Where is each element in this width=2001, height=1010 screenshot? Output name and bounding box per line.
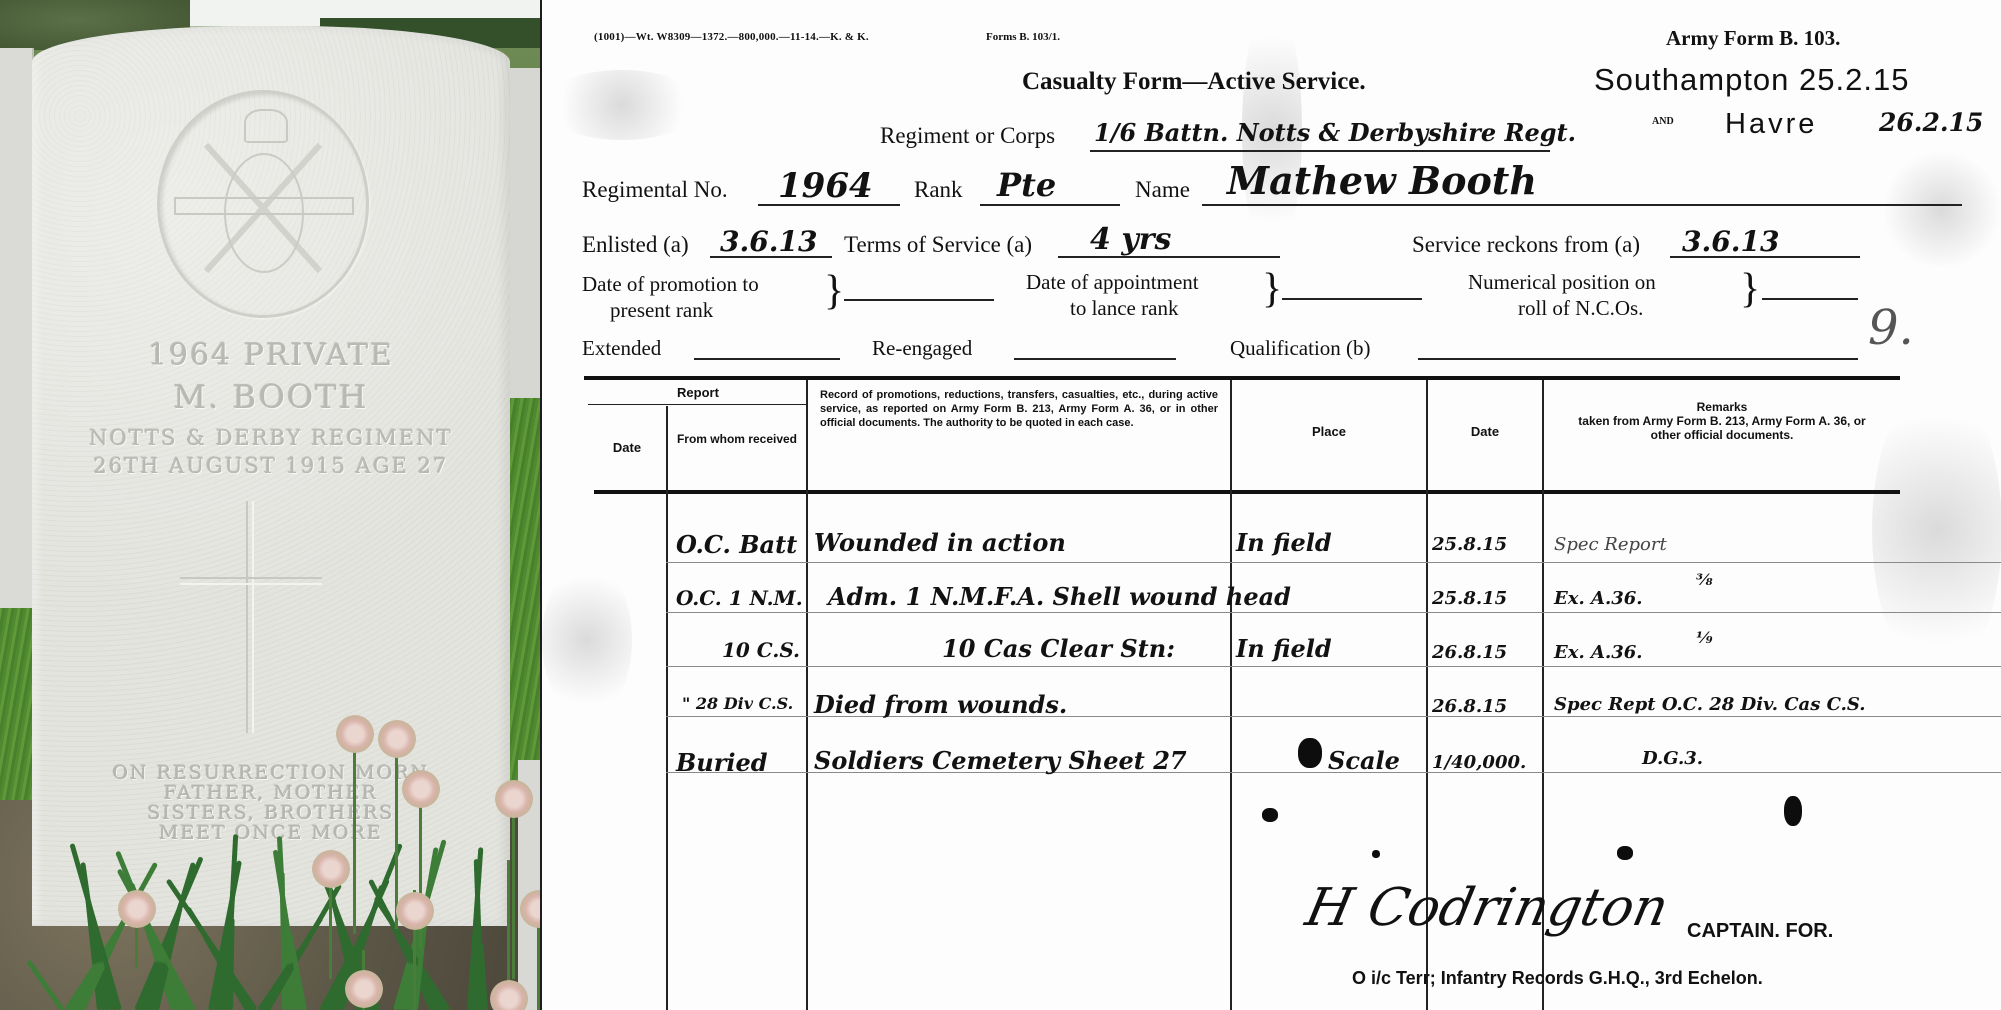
- rank-label: Rank: [914, 177, 963, 203]
- date-cell: 26.8.15: [1432, 696, 1507, 717]
- from-cell: 10 C.S.: [722, 638, 800, 662]
- crown-icon: [244, 109, 288, 143]
- date-header: Date: [588, 440, 666, 455]
- reengaged-label: Re-engaged: [872, 336, 972, 361]
- brace: }: [1262, 268, 1282, 310]
- regimental-no-label: Regimental No.: [582, 177, 728, 203]
- record-cell: Soldiers Cemetery Sheet 27: [814, 746, 1187, 775]
- remarks-fraction: ³⁄₈: [1696, 570, 1713, 589]
- promotion-label-2: present rank: [610, 298, 713, 323]
- remarks-cell: Spec Rept O.C. 28 Div. Cas C.S.: [1554, 694, 1866, 715]
- ncos-label-2: roll of N.C.Os.: [1518, 296, 1643, 321]
- place-cell: In field: [1236, 528, 1332, 557]
- remarks-cell: Ex. A.36.: [1554, 588, 1643, 609]
- place-cell: In field: [1236, 634, 1332, 663]
- record-cell: Adm. 1 N.M.F.A. Shell wound head: [828, 582, 1291, 611]
- enlisted-value: 3.6.13: [720, 225, 817, 258]
- headstone-photo: 1964 PRIVATE M. BOOTH NOTTS & DERBY REGI…: [0, 0, 540, 1010]
- date-of-death: 26TH AUGUST 1915 AGE 27: [32, 454, 510, 478]
- qualification-label: Qualification (b): [1230, 336, 1371, 361]
- margin-mark: 9.: [1868, 300, 1914, 356]
- record-cell: Died from wounds.: [814, 690, 1067, 719]
- report-header: Report: [592, 385, 804, 400]
- promotion-label: Date of promotion to: [582, 272, 759, 297]
- regiment-label: Regiment or Corps: [880, 123, 1055, 149]
- form-reference: Forms B. 103/1.: [986, 31, 1060, 43]
- soldier-name: M. BOOTH: [32, 378, 510, 416]
- terms-label: Terms of Service (a): [844, 232, 1032, 258]
- army-form-number: Army Form B. 103.: [1666, 26, 1840, 51]
- place-header: Place: [1232, 424, 1426, 439]
- date-cell: 25.8.15: [1432, 588, 1507, 609]
- remarks-fraction: ¹⁄₉: [1696, 628, 1713, 647]
- date-cell: 1/40,000.: [1432, 752, 1526, 773]
- from-header: From whom received: [672, 432, 802, 446]
- terms-value: 4 yrs: [1090, 222, 1171, 257]
- ncos-label: Numerical position on: [1468, 270, 1656, 295]
- remarks-cell: Spec Report: [1554, 534, 1667, 555]
- regiment-value: 1/6 Battn. Notts & Derbyshire Regt.: [1094, 118, 1576, 147]
- remarks-cell: D.G.3.: [1642, 748, 1703, 769]
- officer-label: O i/c Terr; Infantry Records G.H.Q., 3rd…: [1352, 968, 1763, 989]
- captain-label: CAPTAIN. FOR.: [1687, 920, 1833, 943]
- regimental-no-value: 1964: [778, 166, 873, 206]
- havre-stamp: Havre: [1725, 108, 1817, 141]
- allium-plants: [0, 680, 540, 1010]
- stamp-and: AND: [1652, 116, 1674, 127]
- appointment-label-2: to lance rank: [1070, 296, 1178, 321]
- place-cell: Scale: [1328, 746, 1400, 775]
- brace: }: [824, 270, 844, 312]
- record-cell: Wounded in action: [814, 528, 1066, 557]
- rank-value: Pte: [997, 166, 1056, 204]
- remarks-cell: Ex. A.36.: [1554, 642, 1643, 663]
- from-cell: " 28 Div C.S.: [682, 694, 793, 713]
- form-title: Casualty Form—Active Service.: [1022, 68, 1366, 96]
- regimental-badge-icon: [157, 90, 369, 318]
- record-cell: 10 Cas Clear Stn:: [942, 634, 1175, 663]
- extended-label: Extended: [582, 336, 661, 361]
- neighbouring-headstone: [0, 48, 34, 608]
- regiment: NOTTS & DERBY REGIMENT: [32, 426, 510, 450]
- name-value: Mathew Booth: [1227, 158, 1537, 203]
- remarks-header: Remarks: [1552, 400, 1892, 414]
- from-cell: O.C. 1 N.M.: [676, 586, 803, 610]
- remarks-subheader: taken from Army Form B. 213, Army Form A…: [1562, 414, 1882, 442]
- appointment-label: Date of appointment: [1026, 270, 1199, 295]
- date-cell: 26.8.15: [1432, 642, 1507, 663]
- date-cell: 25.8.15: [1432, 534, 1507, 555]
- reckons-value: 3.6.13: [1682, 225, 1779, 258]
- service-number-rank: 1964 PRIVATE: [32, 338, 510, 373]
- print-code: (1001)—Wt. W8309—1372.—800,000.—11-14.—K…: [594, 31, 869, 43]
- name-label: Name: [1135, 177, 1190, 203]
- brace: }: [1740, 268, 1760, 310]
- from-cell: O.C. Batt: [676, 530, 797, 559]
- signature: H Codrington: [1301, 878, 1674, 938]
- date2-header: Date: [1428, 424, 1542, 439]
- havre-date: 26.2.15: [1879, 108, 1983, 137]
- record-header: Record of promotions, reductions, transf…: [820, 388, 1218, 430]
- from-cell: Buried: [676, 748, 768, 777]
- enlisted-label: Enlisted (a): [582, 232, 689, 258]
- southampton-stamp: Southampton 25.2.15: [1594, 62, 1909, 98]
- casualty-form: (1001)—Wt. W8309—1372.—800,000.—11-14.—K…: [540, 0, 2001, 1010]
- neighbouring-headstone: [510, 68, 540, 398]
- reckons-label: Service reckons from (a): [1412, 232, 1640, 258]
